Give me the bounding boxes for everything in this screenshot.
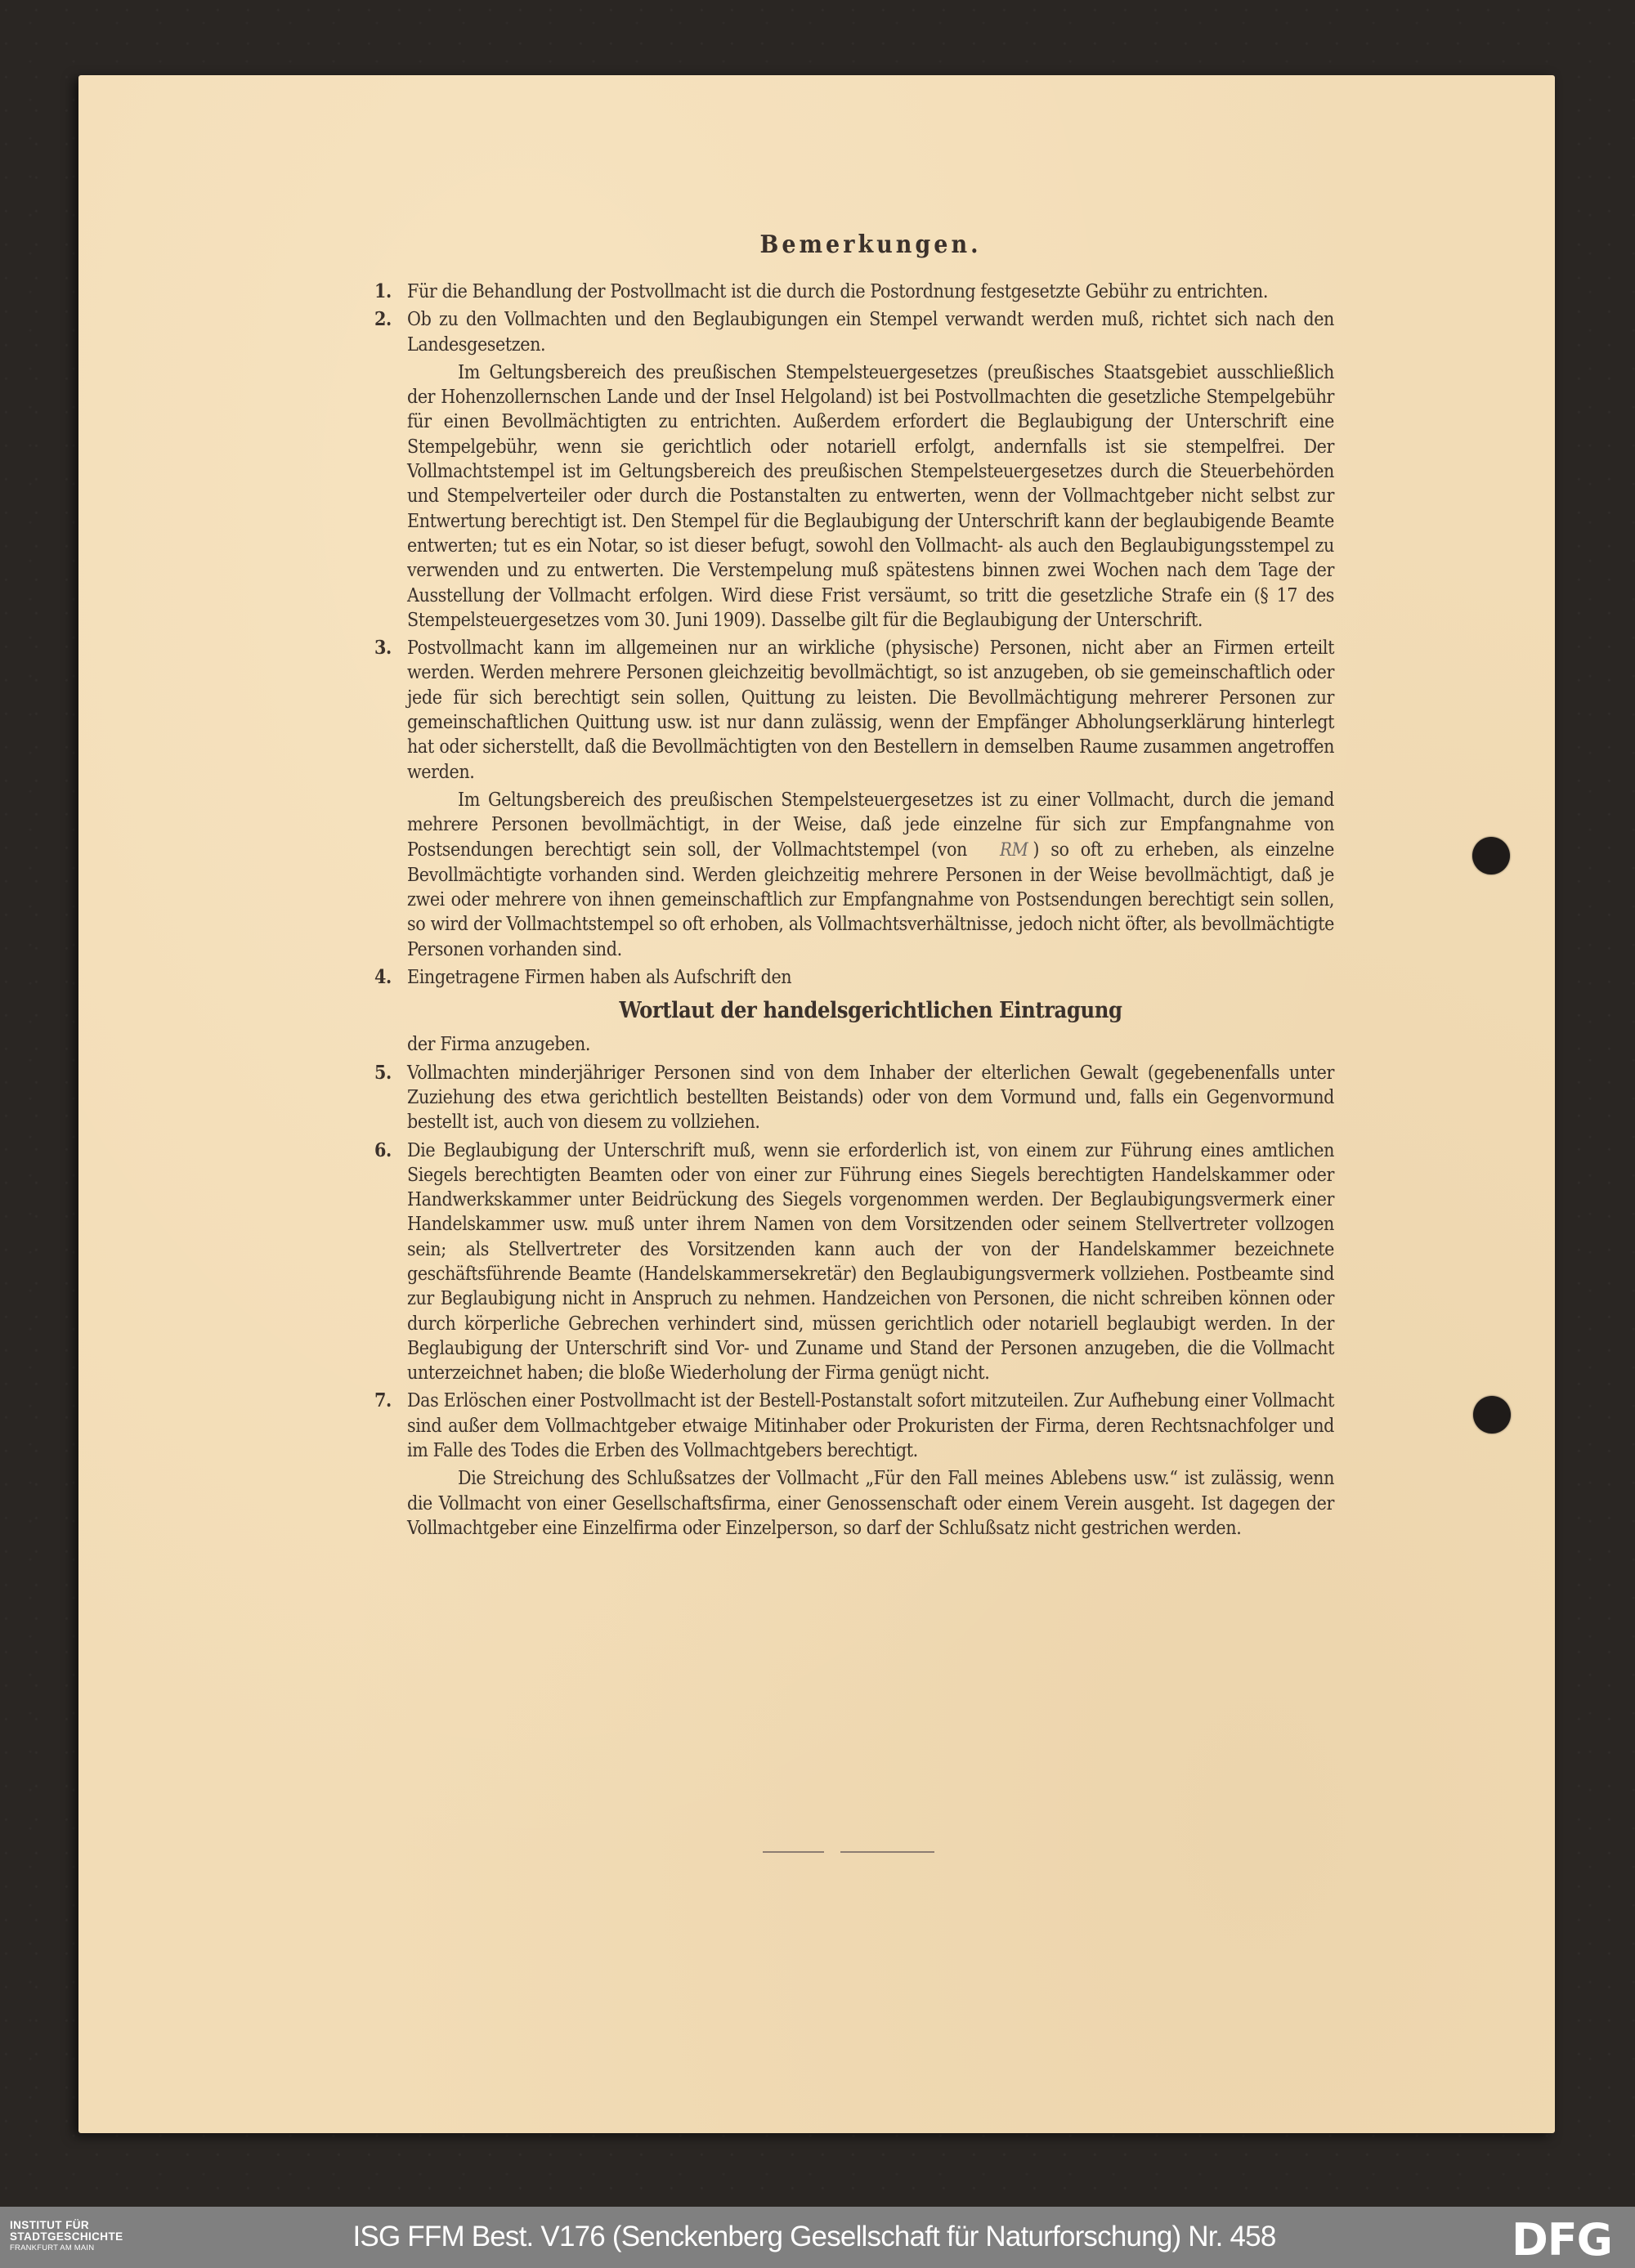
punch-hole-upper <box>1472 837 1510 875</box>
archive-signature-caption: ISG FFM Best. V176 (Senckenberg Gesellsc… <box>0 2220 1635 2254</box>
item-text-continued: der Firma anzugeben. <box>407 1032 1334 1057</box>
archive-footer-bar: INSTITUT FÜR STADTGESCHICHTE FRANKFURT A… <box>0 2207 1635 2268</box>
dfg-logo-icon: DFG <box>1512 2218 1612 2262</box>
item-number: 5. <box>374 1061 392 1085</box>
item-text: Die Beglaubigung der Unterschrift muß, w… <box>407 1138 1334 1386</box>
page-title: Bemerkungen. <box>374 229 1334 262</box>
remark-item-2: 2. Ob zu den Vollmachten und den Beglaub… <box>374 307 1334 633</box>
remark-item-1: 1. Für die Behandlung der Postvollmacht … <box>374 280 1334 304</box>
item-text: Für die Behandlung der Postvollmacht ist… <box>407 280 1334 304</box>
item-text-continued: Die Streichung des Schlußsatzes der Voll… <box>407 1466 1334 1541</box>
item-number: 6. <box>374 1138 392 1163</box>
remark-item-4: 4. Eingetragene Firmen haben als Aufschr… <box>374 965 1334 1058</box>
remark-item-6: 6. Die Beglaubigung der Unterschrift muß… <box>374 1138 1334 1386</box>
punch-hole-lower <box>1473 1396 1511 1434</box>
handwritten-annotation: RM <box>1000 840 1028 861</box>
item-number: 1. <box>374 280 392 304</box>
separator-dash <box>840 1851 934 1853</box>
end-separator-rule <box>763 1851 934 1854</box>
item-text: Vollmachten minderjähriger Personen sind… <box>407 1061 1334 1135</box>
emphasized-heading: Wortlaut der handelsgerichtlichen Eintra… <box>407 996 1334 1026</box>
item-text: Das Erlöschen einer Postvollmacht ist de… <box>407 1389 1334 1463</box>
remark-item-5: 5. Vollmachten minderjähriger Personen s… <box>374 1061 1334 1135</box>
item-text: Postvollmacht kann im allgemeinen nur an… <box>407 636 1334 785</box>
item-number: 2. <box>374 307 392 332</box>
item-number: 7. <box>374 1389 392 1413</box>
remark-item-7: 7. Das Erlöschen einer Postvollmacht ist… <box>374 1389 1334 1541</box>
item-text: Eingetragene Firmen haben als Aufschrift… <box>407 965 1334 990</box>
item-number: 4. <box>374 965 392 990</box>
separator-dash <box>763 1851 824 1853</box>
item-text-continued: Im Geltungsbereich des preußischen Stemp… <box>407 360 1334 633</box>
item-text: Ob zu den Vollmachten und den Beglaubigu… <box>407 307 1334 357</box>
document-body: Bemerkungen. 1. Für die Behandlung der P… <box>374 229 1334 1544</box>
item-number: 3. <box>374 636 392 660</box>
remark-item-3: 3. Postvollmacht kann im allgemeinen nur… <box>374 636 1334 962</box>
item-text-continued: Im Geltungsbereich des preußischen Stemp… <box>407 788 1334 962</box>
